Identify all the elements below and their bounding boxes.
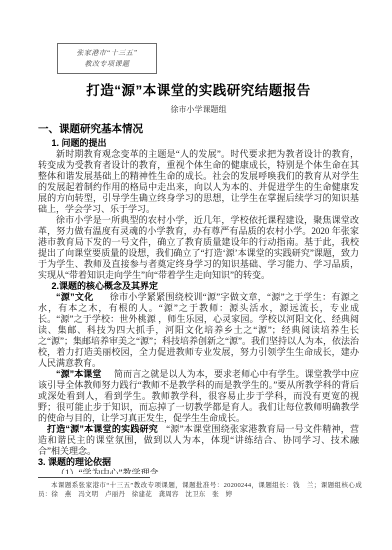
footnote-divider xyxy=(38,477,150,478)
term-practice-research: 打造“源”本课堂的实践研究 xyxy=(47,424,158,434)
footnote: 本课题系张家港市“十三五”教改专项课题，课题批准号：20200244，课题组长：… xyxy=(38,477,362,499)
document-page: 张家港市“十三五” 教改专项课题 打造“源”本课堂的实践研究结题报告 徐市小学课… xyxy=(0,0,392,550)
paragraph-source-classroom: “源”本课堂简而言之就是以人为本，要求老师心中有学生。课堂教学中应该引导全体教师… xyxy=(38,369,359,424)
paragraph-problem-1: 新时期教育观念变革的主题是“人的发展”。时代要求把为教者设计的教育，转变成为受教… xyxy=(38,149,359,215)
document-content: 打造“源”本课堂的实践研究结题报告 徐市小学课题组 一、课题研究基本情况 1. … xyxy=(38,0,359,474)
report-title: 打造“源”本课堂的实践研究结题报告 xyxy=(38,79,359,99)
paragraph-source-culture: “源”文化徐市小学紧紧围绕校训“源”字做文章，“源”之于学生：有源之水，有本之木… xyxy=(38,292,359,369)
paragraph-text: 徐市小学紧紧围绕校训“源”字做文章，“源”之于学生：有源之水，有本之木，有根的人… xyxy=(38,292,359,368)
paragraph-problem-2: 徐市小学是一所典型的农村小学，近几年，学校依托课程建设，聚焦课堂改革，努力做有温… xyxy=(38,215,359,281)
subsection-1-1-heading: 1. 问题的提出 xyxy=(38,138,359,149)
subsection-1-2-heading: 2.课题的核心概念及其界定 xyxy=(38,281,359,292)
term-source-culture: “源”文化 xyxy=(56,292,94,302)
subsection-1-3-1-heading: （1）“学为中心”教学理念 xyxy=(38,468,359,474)
term-source-classroom: “源”本课堂 xyxy=(56,369,101,379)
subsection-1-3-heading: 3. 课题的理论依据 xyxy=(38,457,359,468)
section-1-heading: 一、课题研究基本情况 xyxy=(38,121,359,136)
paragraph-practice-research: 打造“源”本课堂的实践研究“源”本课堂围绕张家港教育局一号文件精神，营造和谐民主… xyxy=(38,424,359,457)
report-author-group: 徐市小学课题组 xyxy=(38,104,359,115)
footnote-text: 本课题系张家港市“十三五”教改专项课题，课题批准号：20200244，课题组长：… xyxy=(38,481,362,499)
